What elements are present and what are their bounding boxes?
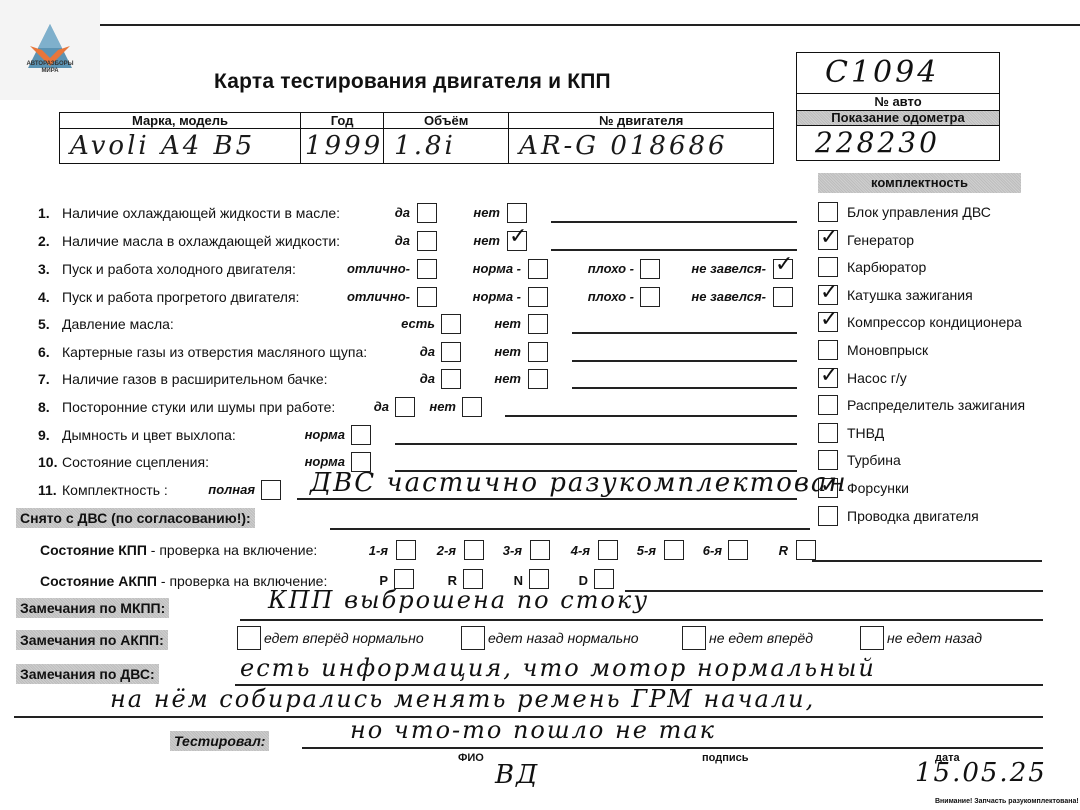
komplektnost-checkbox[interactable]	[818, 395, 838, 415]
check-number: 2.	[38, 230, 50, 252]
komplektnost-item-label: Карбюратор	[847, 256, 926, 278]
tested-by-label: Тестировал:	[170, 731, 269, 751]
signature-label: подпись	[702, 752, 749, 764]
check-question: Пуск и работа прогретого двигателя:	[62, 286, 299, 308]
warning-text: Внимание! Запчасть разукомплектована!	[935, 798, 1079, 805]
komplektnost-checkbox[interactable]	[818, 506, 838, 526]
kpp-label-rest: - проверка на включение:	[147, 542, 317, 558]
komplektnost-item-label: Форсунки	[847, 477, 909, 499]
komplektnost-checkbox[interactable]	[818, 257, 838, 277]
check-question: Пуск и работа холодного двигателя:	[62, 258, 296, 280]
komplektnost-checkbox[interactable]	[818, 340, 838, 360]
dvs-remarks-line1[interactable]: есть информация, что мотор нормальный	[240, 654, 876, 682]
check-number: 11.	[38, 479, 57, 501]
option-checkbox[interactable]	[462, 397, 482, 417]
akpp-line[interactable]	[625, 590, 1043, 592]
comment-line[interactable]	[505, 415, 797, 417]
option-label: норма -	[403, 258, 521, 280]
option-label: отлично-	[292, 258, 410, 280]
odometer-label: Показание одометра	[797, 111, 999, 126]
check-row: 7.Наличие газов в расширительном бачке:д…	[0, 368, 810, 390]
option-label: отлично-	[292, 286, 410, 308]
komplektnost-item[interactable]: ТНВД	[818, 422, 1078, 444]
option-label: плохо -	[516, 286, 634, 308]
check-row: 6.Картерные газы из отверстия масляного …	[0, 341, 810, 363]
odometer-value[interactable]: 228230	[797, 126, 999, 160]
check-row: 2.Наличие масла в охлаждающей жидкости:д…	[0, 230, 810, 252]
komplektnost-item[interactable]: Насос г/у	[818, 367, 1078, 389]
kpp-gear-checkbox[interactable]	[796, 540, 816, 560]
komplektnost-item[interactable]: Проводка двигателя	[818, 505, 1078, 527]
mkpp-remarks-text[interactable]: КПП выброшена по стоку	[268, 586, 649, 614]
engine-number-value[interactable]: AR-G 018686	[509, 129, 774, 164]
option-label: нет	[382, 230, 500, 252]
vehicle-info-table: Марка, модель Год Объём № двигателя Avol…	[59, 112, 774, 164]
komplektnost-item[interactable]: Распределитель зажигания	[818, 394, 1078, 416]
check-number: 10.	[38, 451, 57, 473]
komplektnost-item[interactable]: Турбина	[818, 449, 1078, 471]
komplektnost-item-label: Распределитель зажигания	[847, 394, 1025, 416]
check-number: 4.	[38, 286, 50, 308]
akpp-remark-checkbox[interactable]	[860, 626, 884, 650]
option-checkbox[interactable]	[351, 425, 371, 445]
kpp-label: Состояние КПП - проверка на включение:	[40, 539, 317, 561]
check-row: 4.Пуск и работа прогретого двигателя:отл…	[0, 286, 810, 308]
option-label: нет	[403, 341, 521, 363]
komplektnost-header: комплектность	[818, 173, 1021, 193]
komplektnost-item-label: Блок управления ДВС	[847, 201, 991, 223]
komplektnost-item-label: ТНВД	[847, 422, 884, 444]
mkpp-remarks-label: Замечания по МКПП:	[16, 598, 169, 618]
akpp-remarks-label: Замечания по АКПП:	[16, 630, 168, 650]
check-number: 7.	[38, 368, 50, 390]
akpp-remark-label: едет вперёд нормально	[264, 630, 424, 646]
komplektnost-item-label: Катушка зажигания	[847, 284, 973, 306]
komplektnost-item-label: Компрессор кондиционера	[847, 311, 1022, 333]
col-engine-number: № двигателя	[509, 113, 774, 129]
komplektnost-item-label: Турбина	[847, 449, 901, 471]
mkpp-line	[240, 619, 1043, 621]
option-checkbox[interactable]	[528, 369, 548, 389]
option-label: норма	[227, 424, 345, 446]
kpp-gear-label: 4-я	[532, 540, 590, 562]
logo-line2: МИРА	[0, 68, 100, 75]
auto-number-value[interactable]: C1094	[797, 53, 999, 94]
option-label: нет	[403, 368, 521, 390]
check-question: Давление масла:	[62, 313, 174, 335]
check-number: 8.	[38, 396, 50, 418]
option-label: плохо -	[516, 258, 634, 280]
akpp-remark-label: не едет вперёд	[709, 630, 813, 646]
akpp-label-bold: Состояние АКПП	[40, 573, 157, 589]
fio-value[interactable]: ВД	[495, 760, 539, 790]
year-value[interactable]: 1999	[301, 129, 384, 164]
removed-line[interactable]	[330, 528, 810, 530]
kpp-gear-label: R	[730, 540, 788, 562]
komplektnost-item[interactable]: Моновпрыск	[818, 339, 1078, 361]
logo-line1: АВТОРАЗБОРЫ	[0, 61, 100, 68]
company-logo: АВТОРАЗБОРЫ МИРА	[0, 0, 100, 100]
option-label: не завелся-	[648, 286, 766, 308]
comment-line[interactable]	[395, 443, 797, 445]
comment-line[interactable]	[572, 360, 797, 362]
kpp-line[interactable]	[812, 560, 1042, 562]
auto-number-label: № авто	[797, 94, 999, 111]
check-question: Наличие газов в расширительном бачке:	[62, 368, 328, 390]
make-model-value[interactable]: Avoli A4 B5	[60, 129, 301, 164]
kpp-label-bold: Состояние КПП	[40, 542, 147, 558]
option-label: нет	[338, 396, 456, 418]
check-number: 1.	[38, 202, 50, 224]
check-row: 9.Дымность и цвет выхлопа:норма	[0, 424, 810, 446]
col-volume: Объём	[384, 113, 509, 129]
option-label: нет	[382, 202, 500, 224]
option-checkbox[interactable]	[507, 231, 527, 251]
komplektnost-item[interactable]: Блок управления ДВС	[818, 201, 1078, 223]
comment-line[interactable]	[572, 332, 797, 334]
akpp-remark-label: не едет назад	[887, 630, 982, 646]
komplektnost-checkbox[interactable]	[818, 423, 838, 443]
check-row: 1.Наличие охлаждающей жидкости в масле:д…	[0, 202, 810, 224]
check-row: 5.Давление масла:естьнет	[0, 313, 810, 335]
kpp-gear-label: 1-я	[330, 540, 388, 562]
removed-label: Снято с ДВС (по согласованию!):	[16, 508, 255, 528]
fio-label: ФИО	[458, 752, 484, 764]
kpp-gear-label: 2-я	[398, 540, 456, 562]
komplektnost-item-label: Насос г/у	[847, 367, 907, 389]
check-number: 9.	[38, 424, 50, 446]
komplektnost-item[interactable]: Компрессор кондиционера	[818, 311, 1078, 333]
dvs-remarks-line2[interactable]: на нём собирались менять ремень ГРМ нача…	[110, 685, 815, 713]
akpp-remark-checkbox[interactable]	[461, 626, 485, 650]
komplektnost-item[interactable]: Генератор	[818, 229, 1078, 251]
komplektnost-checkbox[interactable]	[818, 285, 838, 305]
comment-line[interactable]	[551, 249, 797, 251]
option-label: не завелся-	[648, 258, 766, 280]
option-label: полная	[137, 479, 255, 501]
kpp-gear-label: 6-я	[664, 540, 722, 562]
check-row: 8.Посторонние стуки или шумы при работе:…	[0, 396, 810, 418]
komplektnost-item[interactable]: Форсунки	[818, 477, 1078, 499]
akpp-remark-label: едет назад нормально	[488, 630, 639, 646]
komplektnost-checkbox[interactable]	[818, 202, 838, 222]
option-checkbox[interactable]	[773, 287, 793, 307]
komplektnost-item[interactable]: Карбюратор	[818, 256, 1078, 278]
check-number: 6.	[38, 341, 50, 363]
dvs-remarks-line3[interactable]: но что-то пошло не так	[350, 716, 716, 744]
date-value[interactable]: 15.05.25	[915, 758, 1047, 788]
option-checkbox[interactable]	[528, 314, 548, 334]
option-label: нет	[403, 313, 521, 335]
dvs-remarks-label: Замечания по ДВС:	[16, 664, 159, 684]
check-number: 3.	[38, 258, 50, 280]
akpp-remark-checkbox[interactable]	[682, 626, 706, 650]
option-checkbox[interactable]	[773, 259, 793, 279]
komplektnost-item[interactable]: Катушка зажигания	[818, 284, 1078, 306]
comment-line[interactable]	[297, 498, 797, 500]
comment-line[interactable]	[572, 387, 797, 389]
komplektnost-item-label: Проводка двигателя	[847, 505, 979, 527]
komplektnost-item-label: Генератор	[847, 229, 914, 251]
page-title: Карта тестирования двигателя и КПП	[214, 70, 611, 94]
footer-line	[302, 747, 1043, 749]
komplektnost-checkbox[interactable]	[818, 368, 838, 388]
komplektnost-note[interactable]: ДВС частично разукомплектован	[310, 468, 848, 498]
check-row: 3.Пуск и работа холодного двигателя:отли…	[0, 258, 810, 280]
option-checkbox[interactable]	[507, 203, 527, 223]
col-year: Год	[301, 113, 384, 129]
col-make-model: Марка, модель	[60, 113, 301, 129]
komplektnost-checkbox[interactable]	[818, 230, 838, 250]
akpp-remark-checkbox[interactable]	[237, 626, 261, 650]
option-label: норма -	[403, 286, 521, 308]
check-question: Состояние сцепления:	[62, 451, 209, 473]
comment-line[interactable]	[551, 221, 797, 223]
komplektnost-item-label: Моновпрыск	[847, 339, 928, 361]
auto-info-box: C1094 № авто Показание одометра 228230	[796, 52, 1000, 161]
volume-value[interactable]: 1.8i	[384, 129, 509, 164]
komplektnost-checkbox[interactable]	[818, 312, 838, 332]
top-divider	[100, 24, 1080, 26]
option-checkbox[interactable]	[261, 480, 281, 500]
check-number: 5.	[38, 313, 50, 335]
kpp-gear-label: 3-я	[464, 540, 522, 562]
check-question: Дымность и цвет выхлопа:	[62, 424, 236, 446]
kpp-gear-label: 5-я	[598, 540, 656, 562]
option-checkbox[interactable]	[528, 342, 548, 362]
